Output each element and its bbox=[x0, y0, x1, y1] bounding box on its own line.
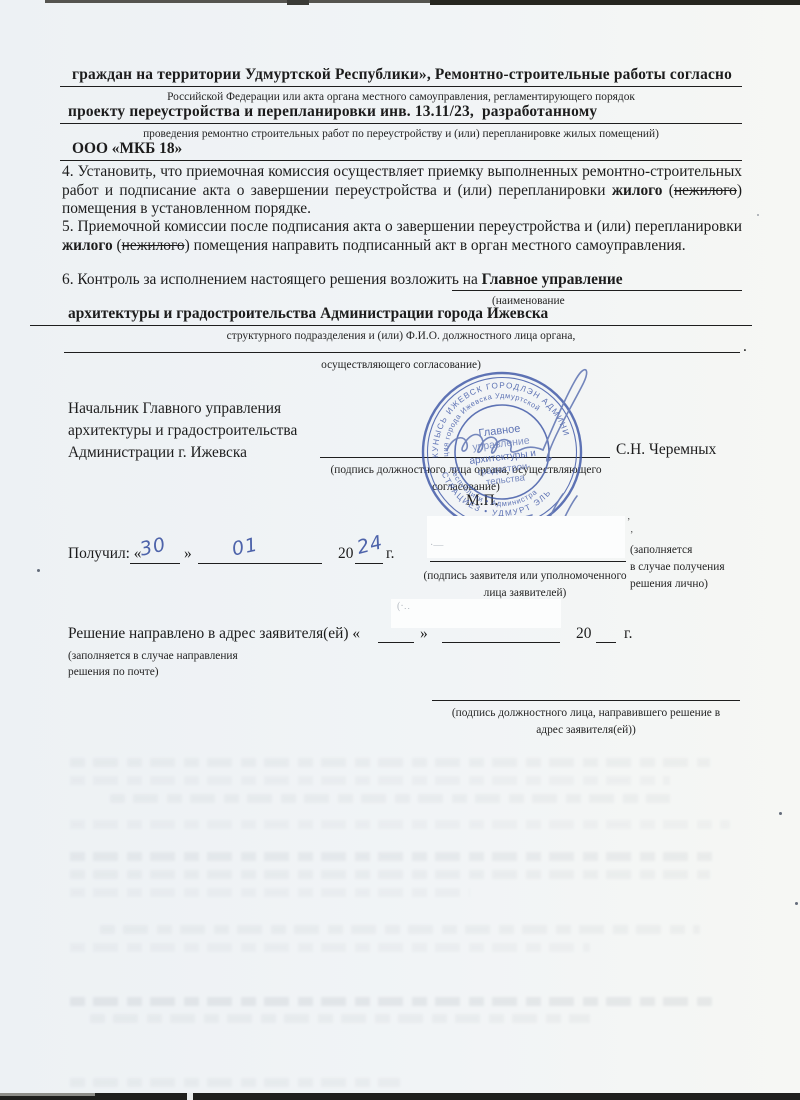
pen-signature bbox=[425, 352, 625, 542]
sent-day-line bbox=[378, 642, 414, 643]
paragraph-5-bold: жилого bbox=[62, 237, 113, 254]
sent-quote-close: » bbox=[420, 625, 428, 644]
scan-speck bbox=[37, 569, 40, 572]
paragraph-4-strike: нежилого bbox=[674, 182, 737, 199]
naming-caption-3: осуществляющего согласование) bbox=[62, 357, 740, 373]
blank-line-period: . bbox=[743, 338, 747, 357]
paragraph-4-paren: ( bbox=[662, 182, 673, 199]
blank-line bbox=[64, 352, 740, 353]
header-underline-2 bbox=[60, 123, 742, 124]
header-line-3: ООО «МКБ 18» bbox=[72, 140, 472, 159]
bleed-through-ghost bbox=[70, 888, 470, 897]
received-year-suffix: г. bbox=[386, 545, 394, 564]
header-line-2: проекту переустройства и перепланировки … bbox=[68, 103, 738, 122]
header-underline-3 bbox=[60, 160, 742, 161]
paragraph-5-tail: ) помещения направить подписанный акт в … bbox=[185, 237, 686, 254]
apostrophe-mark: ’ bbox=[627, 517, 630, 528]
sent-year-line bbox=[596, 642, 616, 643]
official-title-line-1: Начальник Главного управления bbox=[68, 400, 281, 419]
scan-edge-top-dark bbox=[430, 0, 800, 5]
bleed-through-ghost bbox=[70, 943, 590, 952]
bleed-through-ghost bbox=[70, 852, 720, 861]
sent-month-line bbox=[442, 642, 560, 643]
header-underline-1 bbox=[60, 86, 742, 87]
paragraph-5-strike: нежилого bbox=[122, 237, 185, 254]
paragraph-4: 4. Установить, что приемочная комиссия о… bbox=[62, 163, 742, 219]
sent-label: Решение направлено в адрес заявителя(ей)… bbox=[68, 625, 360, 644]
received-year-prefix: 20 bbox=[338, 545, 353, 564]
paragraph-6: 6. Контроль за исполнением настоящего ре… bbox=[62, 271, 752, 290]
naming-caption-2: структурного подразделения и (или) Ф.И.О… bbox=[62, 328, 740, 344]
sent-signature-caption-2: адрес заявителя(ей)) bbox=[430, 722, 742, 738]
bleed-through-ghost bbox=[70, 997, 720, 1006]
bleed-through-ghost bbox=[70, 870, 710, 879]
paragraph-5-text: 5. Приемочной комиссии после подписания … bbox=[62, 218, 742, 235]
paragraph-5: 5. Приемочной комиссии после подписания … bbox=[62, 218, 742, 255]
received-day-line bbox=[130, 563, 180, 564]
official-title-line-2: архитектуры и градостроительства bbox=[68, 422, 297, 441]
received-month-value: 01 bbox=[230, 534, 260, 561]
received-quote-close: » bbox=[184, 545, 192, 564]
scan-edge-bottom-left bbox=[0, 1093, 95, 1096]
received-day-value: 30 bbox=[138, 533, 168, 560]
bleed-through-ghost bbox=[70, 776, 670, 785]
paragraph-5-paren: ( bbox=[113, 237, 122, 254]
scan-edge-bottom-notch bbox=[187, 1093, 193, 1100]
sent-note-left-2: решения по почте) bbox=[68, 664, 159, 680]
paragraph-6-filled: Главное управление bbox=[482, 271, 623, 288]
paragraph-6-underline bbox=[452, 290, 742, 291]
sent-year-prefix: 20 bbox=[576, 625, 591, 644]
official-name: С.Н. Черемных bbox=[616, 441, 716, 460]
redaction-smudge: (·‥ bbox=[397, 601, 410, 612]
pen-signature-flourish bbox=[543, 370, 587, 462]
bleed-through-ghost bbox=[70, 820, 730, 829]
sent-signature-caption-1: (подпись должностного лица, направившего… bbox=[430, 705, 742, 721]
redaction-box-upper bbox=[427, 516, 625, 558]
scan-edge-top-blob bbox=[287, 0, 309, 5]
received-year-line bbox=[355, 563, 383, 564]
received-label: Получил: « bbox=[68, 545, 141, 564]
bleed-through-ghost bbox=[70, 758, 710, 767]
received-signature-line bbox=[430, 561, 626, 562]
naming-underline bbox=[30, 325, 752, 326]
sent-note-left-1: (заполняется в случае направления bbox=[68, 648, 238, 664]
sent-year-suffix: г. bbox=[624, 625, 632, 644]
paragraph-6-text: 6. Контроль за исполнением настоящего ре… bbox=[62, 271, 482, 288]
scan-speck bbox=[779, 812, 782, 815]
received-note-right-1: (заполняется bbox=[630, 542, 692, 558]
official-title-line-3: Администрации г. Ижевска bbox=[68, 444, 247, 463]
scan-speck bbox=[795, 902, 798, 905]
scan-edge-bottom bbox=[0, 1093, 800, 1100]
scan-speck bbox=[757, 214, 759, 216]
header-line-1: граждан на территории Удмуртской Республ… bbox=[72, 66, 742, 85]
bleed-through-ghost bbox=[110, 794, 670, 803]
received-month-line bbox=[198, 563, 322, 564]
received-year-value: 24 bbox=[355, 531, 386, 559]
sent-signature-line bbox=[432, 700, 740, 701]
redaction-smudge: ·— bbox=[430, 540, 443, 551]
bleed-through-ghost bbox=[70, 1078, 400, 1087]
received-signature-caption-1: (подпись заявителя или уполномоченного bbox=[400, 568, 650, 584]
pen-signature-scrawl bbox=[447, 435, 543, 454]
redaction-box-lower bbox=[391, 599, 561, 628]
bleed-through-ghost bbox=[100, 925, 700, 934]
paragraph-4-bold: жилого bbox=[612, 182, 663, 199]
apostrophe-mark: ’ bbox=[630, 530, 633, 541]
naming-filled-line: архитектуры и градостроительства Админис… bbox=[68, 305, 748, 324]
bleed-through-ghost bbox=[90, 1014, 590, 1023]
